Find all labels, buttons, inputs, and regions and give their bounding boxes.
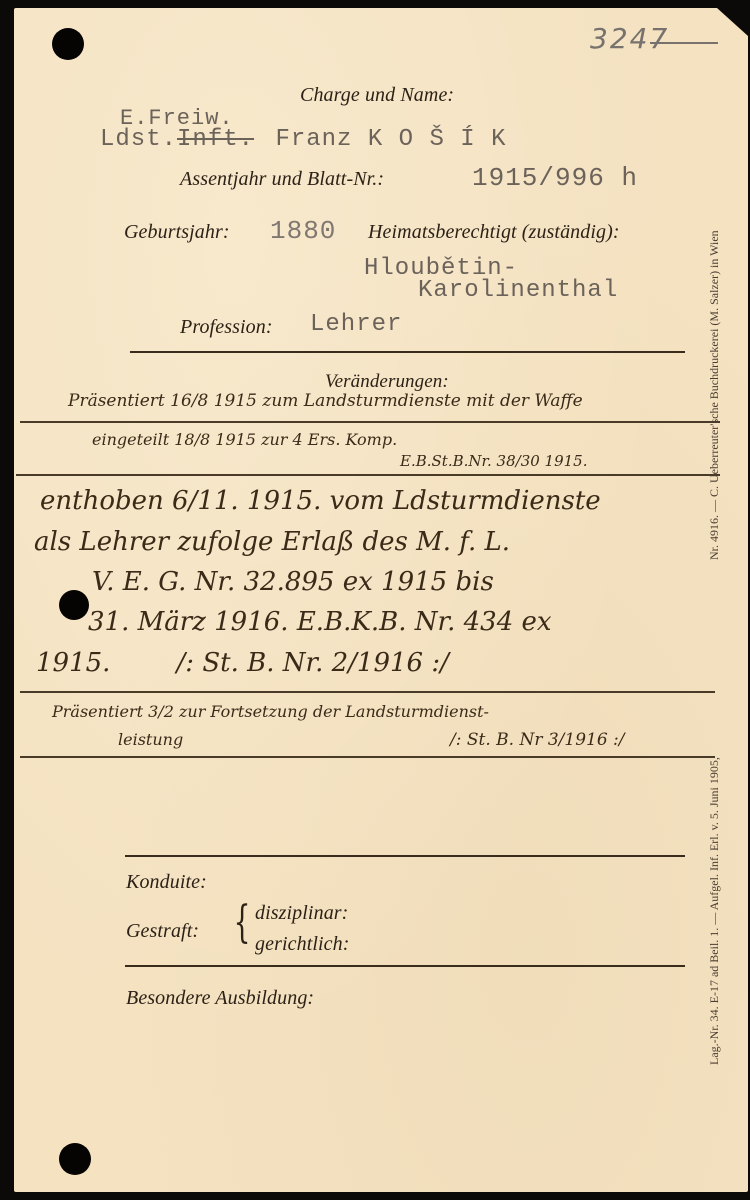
- heimatsberechtigt-label: Heimatsberechtigt (zuständig):: [368, 221, 620, 244]
- veraenderungen-label: Veränderungen:: [325, 371, 449, 393]
- entry2-line5: 1915. /: St. B. Nr. 2/1916 :/: [36, 648, 449, 678]
- profession-value: Lehrer: [310, 311, 402, 338]
- margin-print-lower: Lag.-Nr. 34. E-17 ad Beil. 1. — Aufgel. …: [707, 757, 722, 1065]
- entry1-line2: eingeteilt 18/8 1915 zur 4 Ers. Komp.: [92, 430, 397, 449]
- gestraft-gerichtlich: gerichtlich:: [255, 933, 350, 956]
- entry-line: [16, 474, 720, 476]
- charge-name-label: Charge und Name:: [300, 84, 454, 107]
- punch-hole-bottom: [59, 1143, 91, 1175]
- entry-line: [20, 691, 715, 693]
- archive-number: 3247: [590, 22, 669, 55]
- entry-line: [20, 756, 715, 758]
- heimat-value-line2: Karolinenthal: [418, 277, 618, 304]
- gestraft-label: Gestraft:: [126, 920, 199, 943]
- entry1-line1: Präsentiert 16/8 1915 zum Landsturmdiens…: [68, 391, 583, 411]
- rank-line: Ldst.Inft. Franz K O Š Í K: [100, 126, 506, 153]
- divider-profession: [130, 351, 685, 353]
- konduite-label: Konduite:: [126, 871, 207, 894]
- geburtsjahr-label: Geburtsjahr:: [124, 221, 230, 244]
- profession-label: Profession:: [180, 316, 273, 339]
- entry3-line2: leistung: [118, 730, 183, 749]
- assentjahr-value: 1915/996 h: [472, 163, 638, 193]
- entry-line: [20, 421, 720, 423]
- besondere-ausbildung-label: Besondere Ausbildung:: [126, 987, 314, 1010]
- entry2-line2: als Lehrer zufolge Erlaß des M. f. L.: [34, 527, 510, 557]
- entry3-line1: Präsentiert 3/2 zur Fortsetzung der Land…: [52, 702, 489, 721]
- punch-hole-middle: [59, 590, 89, 620]
- entry1-reference: E.B.St.B.Nr. 38/30 1915.: [400, 452, 588, 470]
- margin-print-upper: Nr. 4916. — C. Ueberreuter'sche Buchdruc…: [707, 230, 722, 560]
- gestraft-disziplinar: disziplinar:: [255, 902, 348, 925]
- rank-abbrev: Ldst.: [100, 126, 177, 153]
- entry2-line1: enthoben 6/11. 1915. vom Ldsturmdienste: [40, 486, 601, 516]
- punch-hole-top: [52, 28, 84, 60]
- archive-number-underline: [650, 42, 718, 44]
- assentjahr-label: Assentjahr und Blatt-Nr.:: [180, 168, 384, 191]
- entry2-line4: 31. März 1916. E.B.K.B. Nr. 434 ex: [88, 607, 552, 637]
- rank-struck: Inft.: [177, 126, 254, 153]
- soldier-name: Franz K O Š Í K: [275, 126, 506, 153]
- divider-ausbildung: [125, 965, 685, 967]
- entry2-line3: V. E. G. Nr. 32.895 ex 1915 bis: [92, 567, 494, 597]
- entry3-reference: /: St. B. Nr 3/1916 :/: [450, 730, 625, 750]
- gestraft-brace: {: [234, 901, 251, 945]
- divider-konduite: [125, 855, 685, 857]
- geburtsjahr-value: 1880: [270, 216, 336, 246]
